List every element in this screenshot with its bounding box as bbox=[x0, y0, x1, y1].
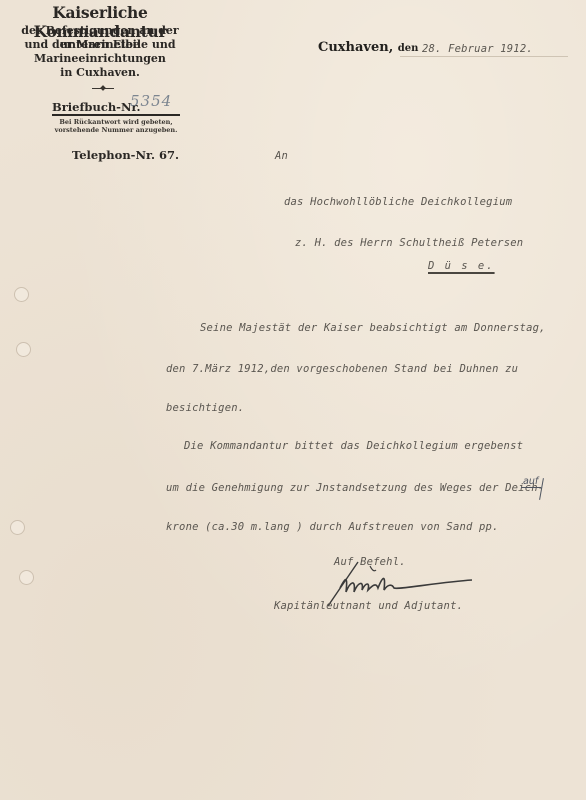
letterhead-subtitle-2: und der Marineteile und bbox=[4, 38, 196, 52]
body-p1-line-3: besichtigen. bbox=[166, 402, 244, 414]
punch-hole bbox=[14, 287, 29, 302]
ornament-divider bbox=[92, 88, 114, 89]
address-line-2: z. H. des Herrn Schultheiß Petersen bbox=[295, 237, 523, 249]
address-line-3: D ü s e. bbox=[428, 260, 495, 272]
body-p2-line-1: Die Kommandantur bittet das Deichkollegi… bbox=[184, 440, 523, 452]
punch-hole bbox=[16, 342, 31, 357]
letterhead-subtitle-4: in Cuxhaven. bbox=[4, 66, 196, 80]
handwritten-insertion: auf bbox=[523, 476, 538, 487]
dateline-place: Cuxhaven, den bbox=[318, 40, 418, 55]
address-line-1: das Hochwohllöbliche Deichkollegium bbox=[284, 196, 512, 208]
letterhead-subtitle-3: Marineeinrichtungen bbox=[4, 52, 196, 66]
den-label: den bbox=[398, 43, 419, 54]
letter-date: 28. Februar 1912. bbox=[422, 43, 533, 55]
reply-note-line-2: vorstehende Nummer anzugeben. bbox=[52, 126, 180, 135]
place-name: Cuxhaven, bbox=[318, 40, 393, 55]
body-p1-line-1: Seine Majestät der Kaiser beabsichtigt a… bbox=[200, 322, 546, 334]
body-p2-line-3: krone (ca.30 m.lang ) durch Aufstreuen v… bbox=[166, 521, 499, 533]
body-p1-line-2: den 7.März 1912,den vorgeschobenen Stand… bbox=[166, 363, 518, 375]
punch-hole bbox=[19, 570, 34, 585]
body-p2-line-2: um die Genehmigung zur Jnstandsetzung de… bbox=[166, 482, 544, 494]
briefbuch-rule bbox=[52, 114, 180, 116]
briefbuch-label: Briefbuch-Nr. bbox=[52, 100, 140, 114]
address-an: An bbox=[275, 150, 288, 162]
closing-title: Kapitänleutnant und Adjutant. bbox=[274, 600, 463, 612]
briefbuch-number: 5354 bbox=[130, 92, 172, 110]
insertion-strikethrough bbox=[521, 487, 541, 488]
date-rule bbox=[400, 56, 568, 57]
punch-hole bbox=[10, 520, 25, 535]
telephone-number: Telephon-Nr. 67. bbox=[72, 148, 179, 162]
